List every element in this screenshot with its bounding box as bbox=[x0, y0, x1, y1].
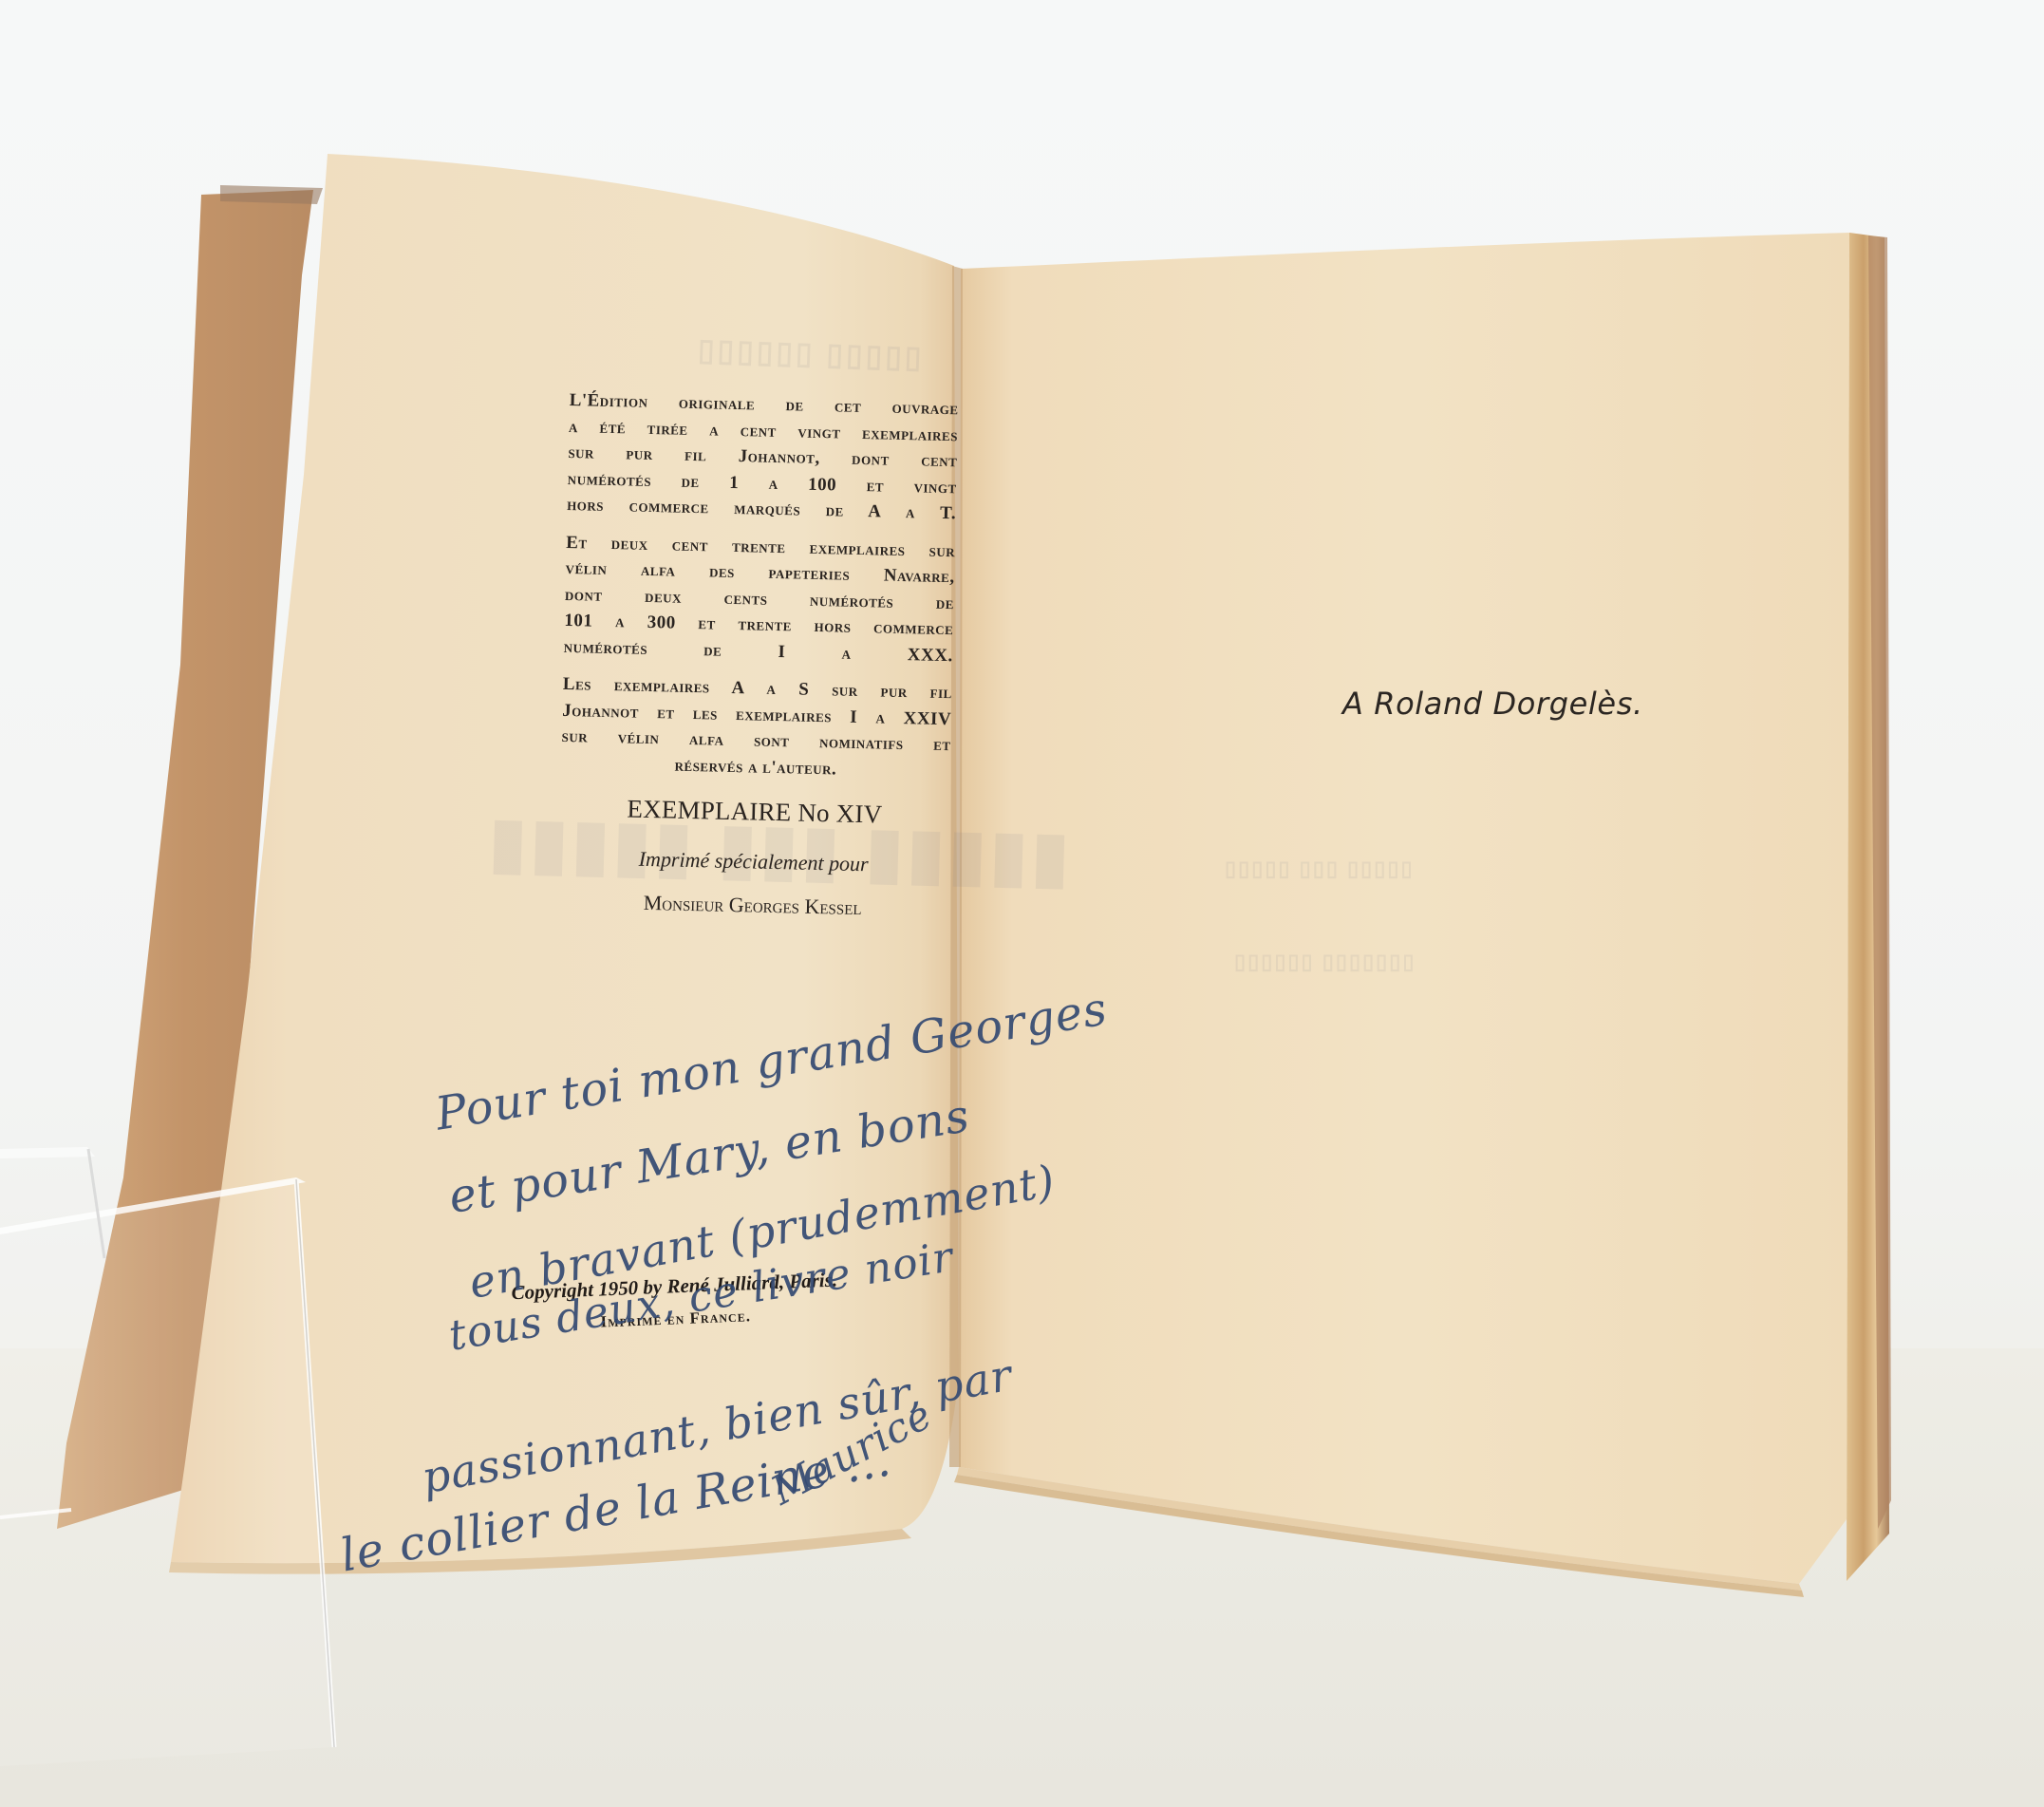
open-book bbox=[0, 0, 2044, 1807]
show-through-text-right: ▯▯▯▯▯▯ ▯▯▯▯▯▯▯ bbox=[1234, 950, 1416, 974]
photo-scene: ▯▯▯▯▯▯ ▯▯▯▯▯ ▮▮▮▮▮ ▮▮▮ ▮▮▮▮▮ ▯▯▯▯▯ ▯▯▯ ▯… bbox=[0, 0, 2044, 1807]
justification-paragraph-2: Et deux cent trente exemplaires sur véli… bbox=[563, 529, 955, 668]
acrylic-stand bbox=[0, 1147, 334, 1766]
show-through-text-right: ▯▯▯▯▯ ▯▯▯ ▯▯▯▯▯ bbox=[1225, 856, 1415, 881]
copy-number: EXEMPLAIRE No XIV bbox=[560, 793, 950, 831]
justification-block: L'Édition originale de cet ouvrage a été… bbox=[557, 387, 958, 922]
dedication: A Roland Dorgelès. bbox=[1342, 686, 1643, 722]
justification-paragraph-1: L'Édition originale de cet ouvrage a été… bbox=[567, 387, 959, 527]
justification-paragraph-3: Les exemplaires A a S sur pur fil Johann… bbox=[561, 671, 952, 784]
printed-for-label: Imprimé spécialement pour bbox=[558, 845, 947, 878]
